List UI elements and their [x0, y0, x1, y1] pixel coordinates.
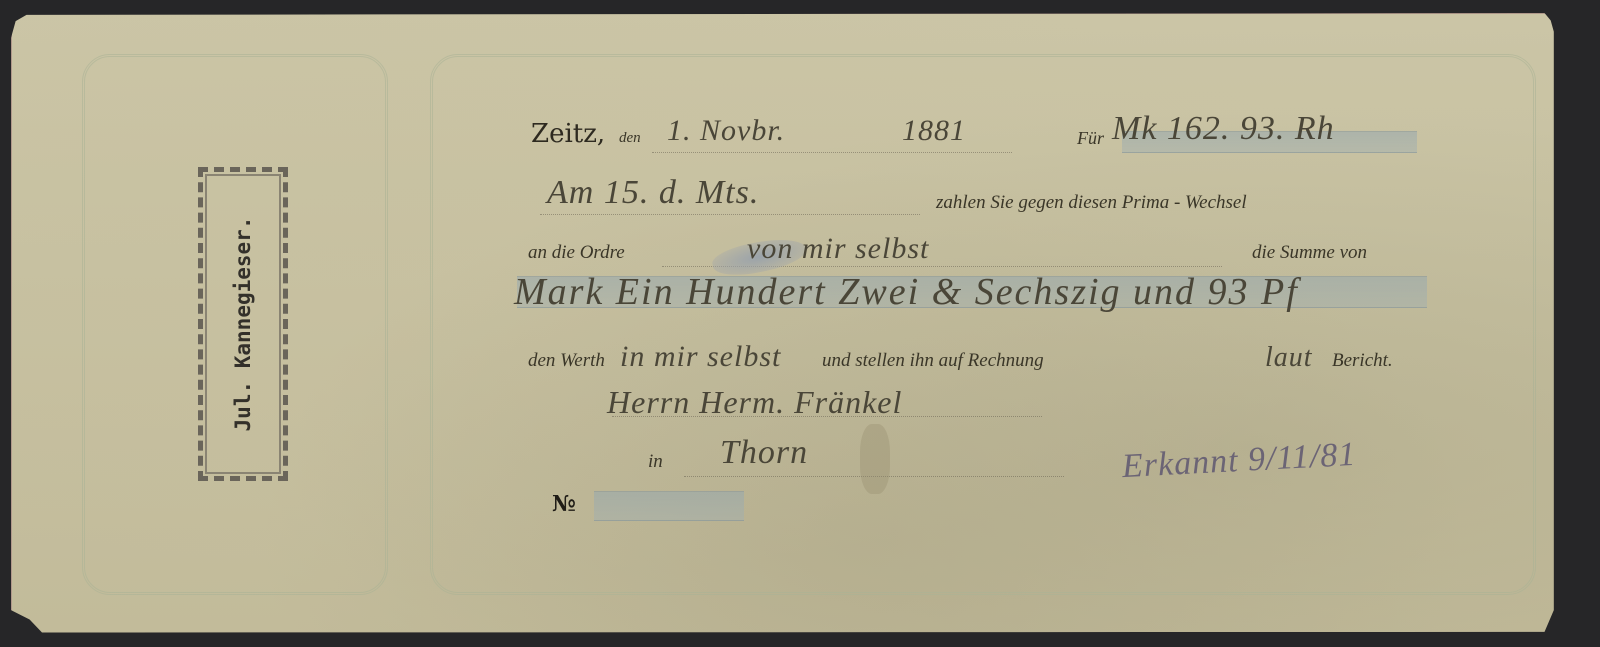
den-label: den [619, 130, 641, 147]
sum-label: die Summe von [1252, 242, 1367, 264]
fuer-label: Für [1077, 128, 1104, 149]
issuer-stamp-label: Jul. Kannegieser. [231, 217, 255, 432]
place-printed: Zeitz, [531, 119, 605, 149]
background: Jul. Kannegieser. Zeitz, den 1. Novbr. 1… [0, 0, 1600, 647]
drawee-handwritten: Herrn Herm. Fränkel [607, 384, 902, 421]
value-handwritten: in mir selbst [620, 340, 781, 374]
order-label: an die Ordre [528, 242, 625, 264]
report-label: Bericht. [1332, 350, 1393, 372]
city-handwritten: Thorn [720, 434, 808, 472]
number-field [594, 491, 744, 521]
laut-handwritten: laut [1265, 342, 1313, 374]
in-label: in [648, 451, 663, 473]
date-line [652, 152, 1012, 153]
year-handwritten: 1881 [902, 114, 966, 148]
bill-of-exchange: Jul. Kannegieser. Zeitz, den 1. Novbr. 1… [11, 13, 1560, 635]
due-line [540, 214, 920, 215]
account-clause: und stellen ihn auf Rechnung [822, 350, 1044, 372]
number-sign: № [552, 491, 576, 517]
sum-words-handwritten: Mark Ein Hundert Zwei & Sechszig und 93 … [514, 270, 1299, 314]
date-handwritten: 1. Novbr. [667, 114, 785, 148]
payee-handwritten: von mir selbst [747, 232, 929, 266]
due-handwritten: Am 15. d. Mts. [547, 174, 759, 212]
value-label: den Werth [528, 350, 605, 372]
amount-handwritten: Mk 162. 93. Rh [1112, 110, 1335, 148]
pay-clause: zahlen Sie gegen diesen Prima - Wechsel [936, 192, 1247, 214]
paper-stain [860, 424, 890, 494]
issuer-stamp: Jul. Kannegieser. [198, 167, 288, 481]
